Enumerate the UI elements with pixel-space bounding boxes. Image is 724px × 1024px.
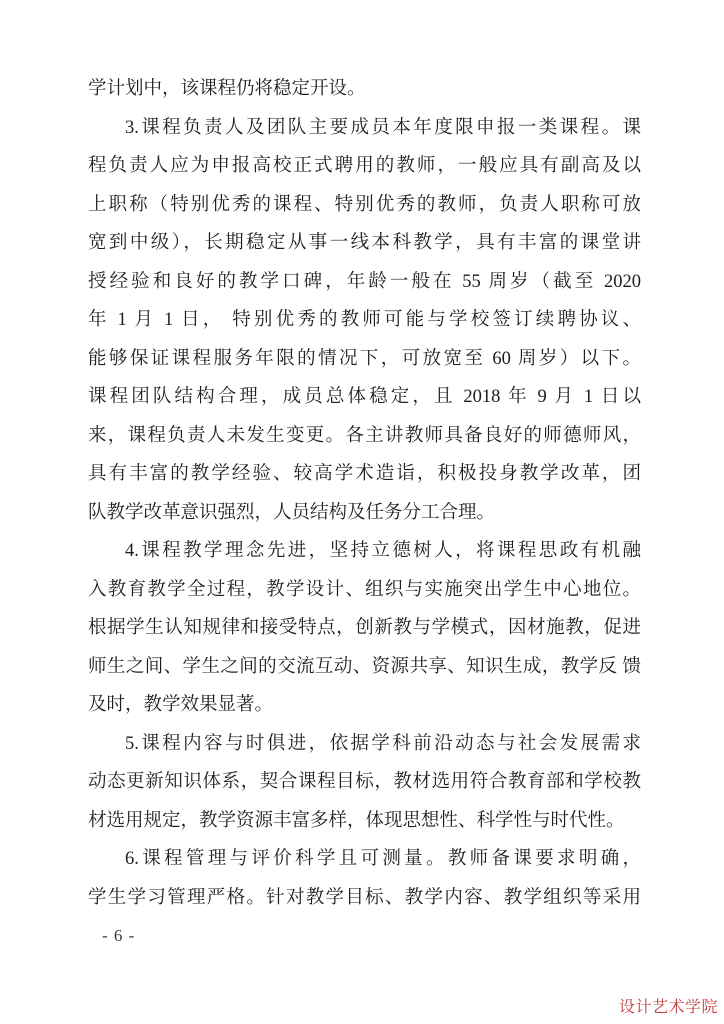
text-line: 学生学习管理严格。针对教学目标、教学内容、教学组织等采用 (88, 879, 641, 918)
text-line: 动态更新知识体系，契合课程目标，教材选用符合教育部和学校教 (88, 763, 641, 802)
text-line: 具有丰富的教学经验、较高学术造诣，积极投身教学改革，团 (88, 455, 641, 494)
text-line: 来，课程负责人未发生变更。各主讲教师具备良好的师德师风， (88, 417, 641, 456)
document-page: 学计划中，该课程仍将稳定开设。3.课程负责人及团队主要成员本年度限申报一类课程。… (0, 0, 724, 1024)
text-line: 材选用规定，教学资源丰富多样，体现思想性、科学性与时代性。 (88, 802, 641, 841)
watermark-label: 设计艺术学院 (619, 994, 718, 1017)
text-line: 3.课程负责人及团队主要成员本年度限申报一类课程。课 (88, 109, 641, 148)
text-line: 根据学生认知规律和接受特点，创新教与学模式，因材施教，促进 (88, 609, 641, 648)
text-line: 学计划中，该课程仍将稳定开设。 (88, 70, 641, 109)
text-line: 宽到中级），长期稳定从事一线本科教学，具有丰富的课堂讲 (88, 224, 641, 263)
text-line: 程负责人应为申报高校正式聘用的教师，一般应具有副高及以 (88, 147, 641, 186)
document-text-block: 学计划中，该课程仍将稳定开设。3.课程负责人及团队主要成员本年度限申报一类课程。… (88, 70, 641, 917)
text-line: 课程团队结构合理，成员总体稳定，且 2018 年 9 月 1 日以 (88, 378, 641, 417)
text-line: 上职称（特别优秀的课程、特别优秀的教师，负责人职称可放 (88, 186, 641, 225)
text-line: 6.课程管理与评价科学且可测量。教师备课要求明确， (88, 840, 641, 879)
text-line: 年 1 月 1 日， 特别优秀的教师可能与学校签订续聘协议、 (88, 301, 641, 340)
page-number: - 6 - (102, 926, 135, 946)
text-line: 授经验和良好的教学口碑，年龄一般在 55 周岁（截至 2020 (88, 263, 641, 302)
text-line: 及时，教学效果显著。 (88, 686, 641, 725)
text-line: 能够保证课程服务年限的情况下，可放宽至 60 周岁）以下。 (88, 340, 641, 379)
text-line: 5.课程内容与时俱进，依据学科前沿动态与社会发展需求 (88, 725, 641, 764)
text-line: 入教育教学全过程，教学设计、组织与实施突出学生中心地位。 (88, 571, 641, 610)
text-line: 4.课程教学理念先进，坚持立德树人，将课程思政有机融 (88, 532, 641, 571)
text-line: 师生之间、学生之间的交流互动、资源共享、知识生成，教学反 馈 (88, 648, 641, 687)
text-line: 队教学改革意识强烈，人员结构及任务分工合理。 (88, 494, 641, 533)
